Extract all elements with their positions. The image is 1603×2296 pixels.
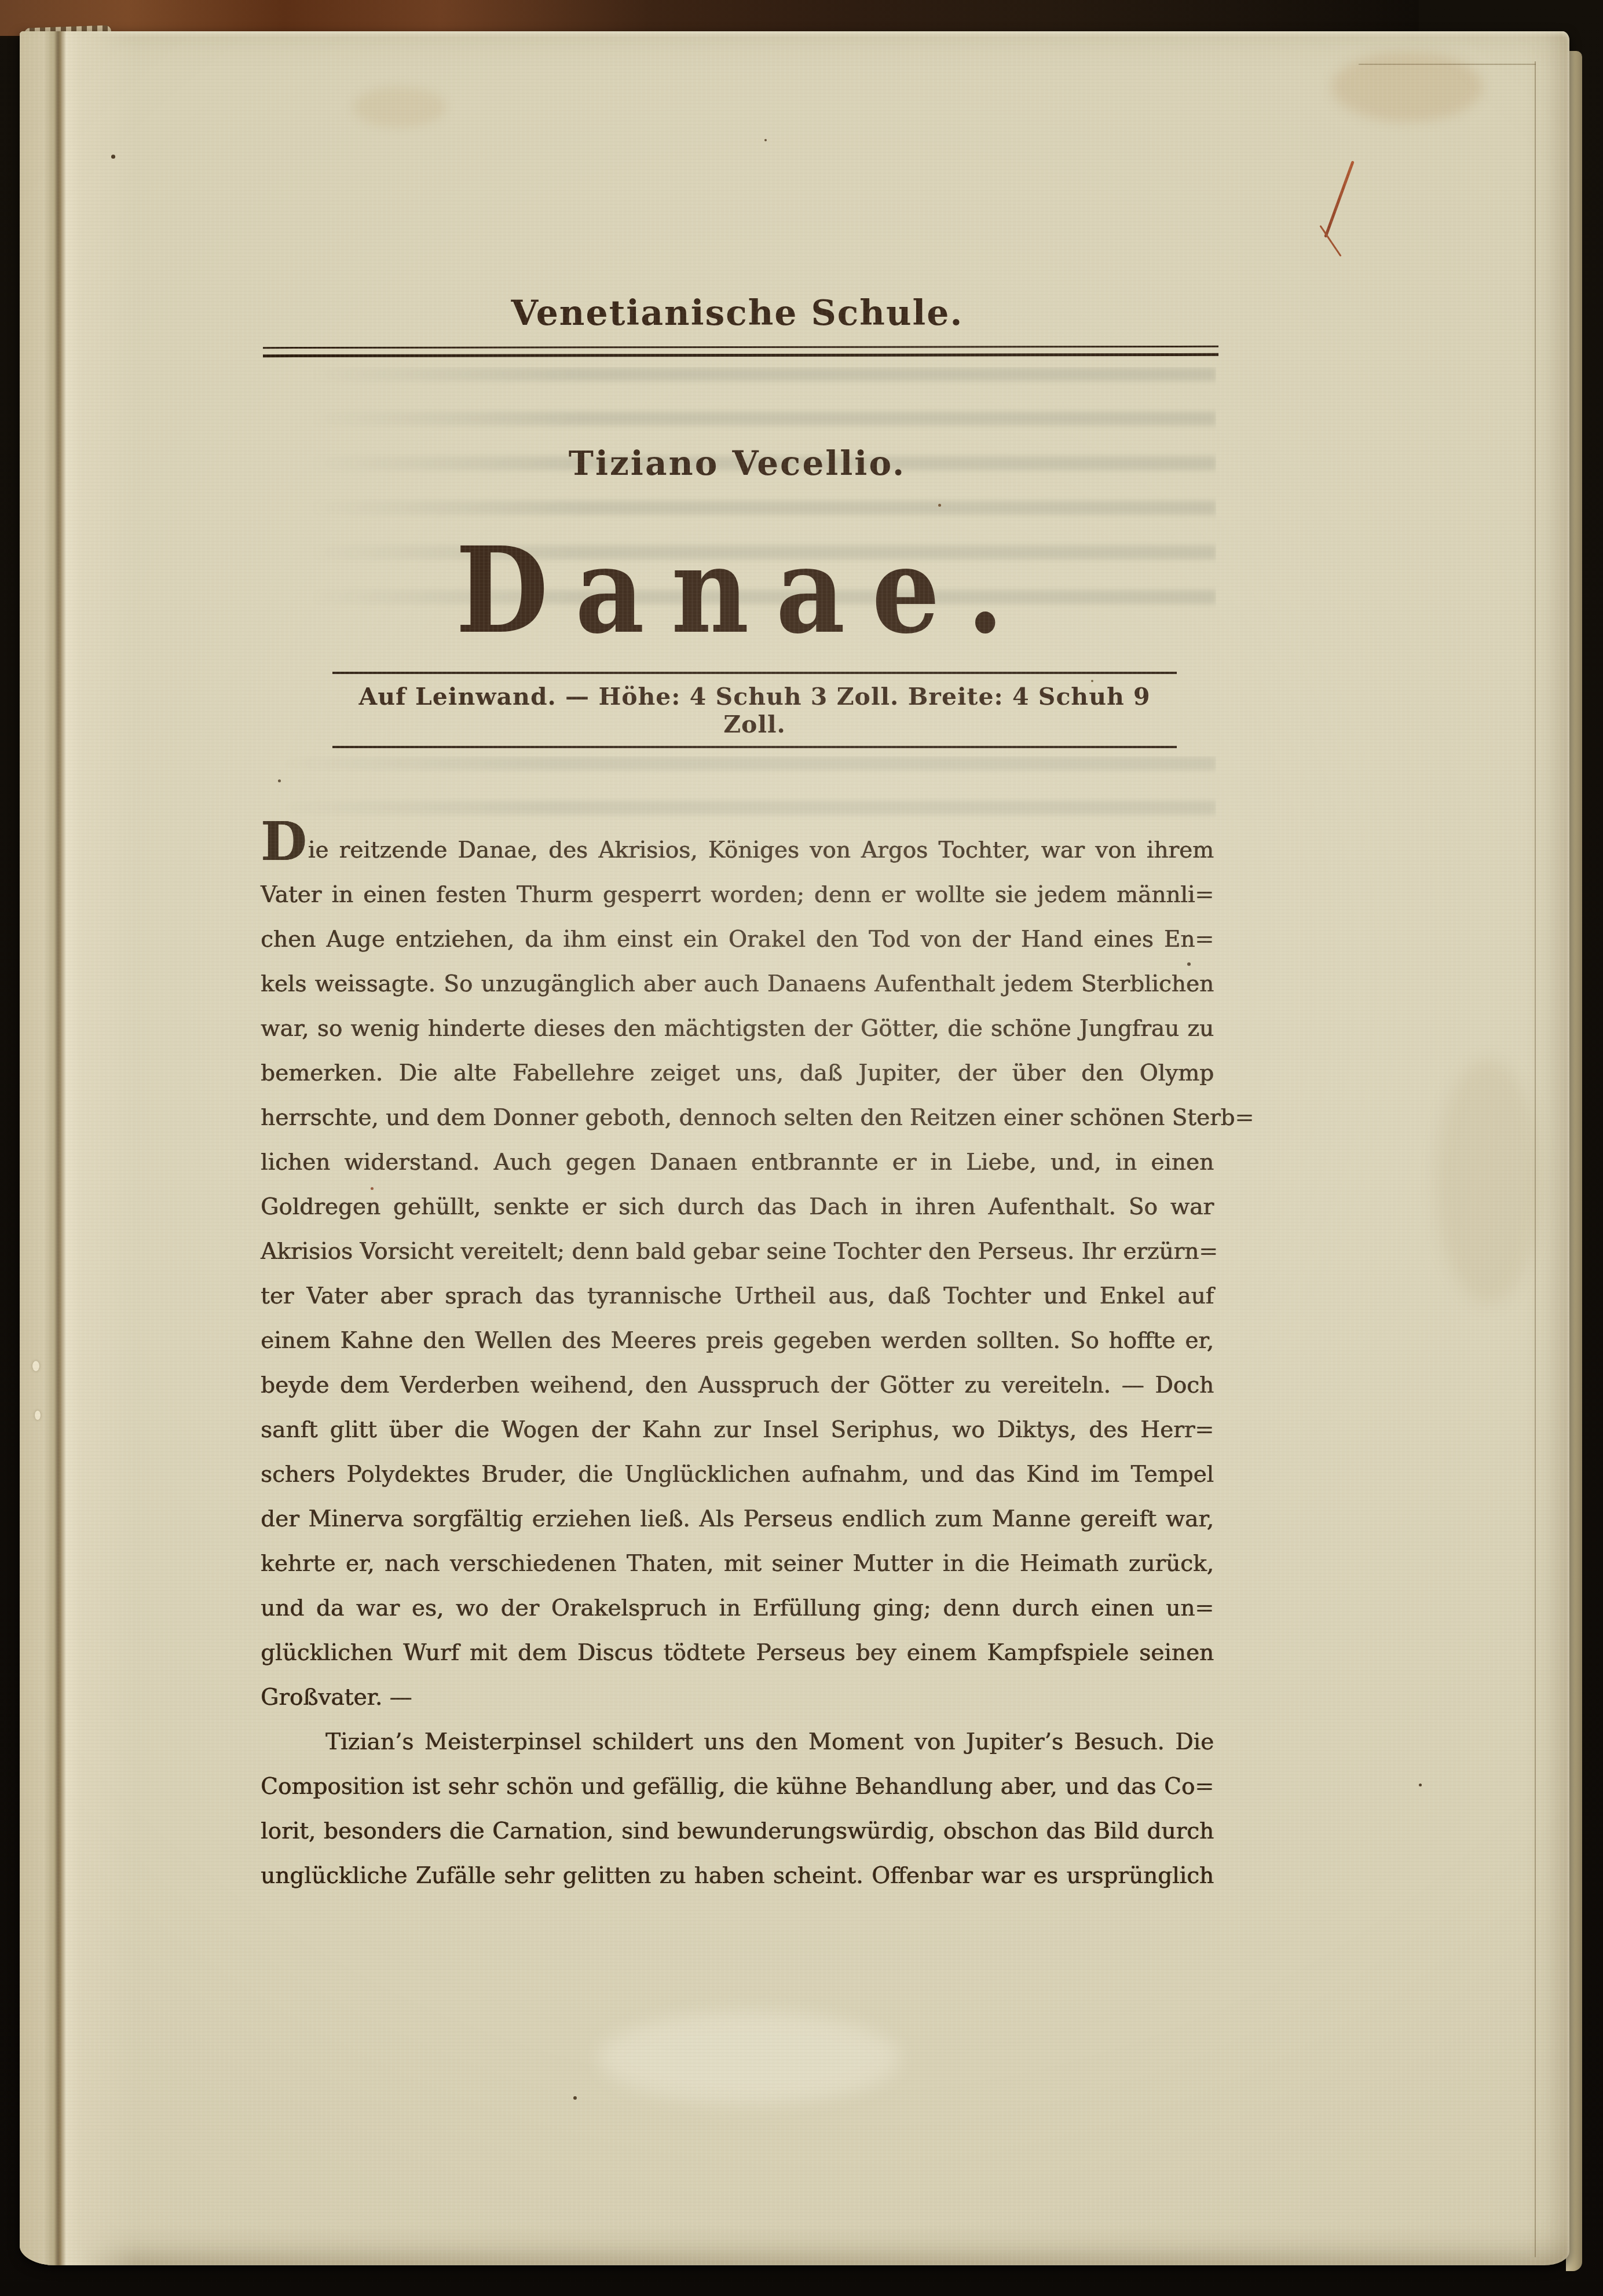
paper-speck — [1187, 962, 1191, 966]
page-crease-line — [1359, 64, 1536, 65]
text-line: Composition ist sehr schön und gefällig,… — [261, 1764, 1214, 1809]
text-line: sanft glitt über die Wogen der Kahn zur … — [261, 1408, 1214, 1452]
text-line: glücklichen Wurf mit dem Discus tödtete … — [261, 1631, 1214, 1675]
painting-title: Danae. — [261, 521, 1214, 660]
text-line: Großvater. — — [261, 1675, 1214, 1720]
text-line: und da war es, wo der Orakelspruch in Er… — [261, 1586, 1214, 1631]
text-line: einem Kahne den Wellen des Meeres preis … — [261, 1319, 1214, 1363]
foxing-stain — [1436, 1060, 1540, 1303]
book-scan-photo: Venetianische Schule. Tiziano Vecellio. … — [0, 0, 1603, 2296]
header-double-rule — [263, 346, 1218, 357]
text-line: Goldregen gehüllt, senkte er sich durch … — [261, 1185, 1214, 1229]
medium-dimension-box: Auf Leinwand. — Höhe: 4 Schuh 3 Zoll. Br… — [332, 672, 1177, 748]
paper-speck — [1419, 1784, 1422, 1786]
binding-thread-hole — [32, 1361, 39, 1371]
body-text: Die reitzende Danae, des Akrisios, König… — [261, 828, 1214, 1898]
red-fiber-mark — [1319, 225, 1341, 257]
paper-speck — [895, 1430, 898, 1433]
text-line: schers Polydektes Bruder, die Unglücklic… — [261, 1452, 1214, 1497]
paper-speck — [938, 504, 941, 507]
text-line: beyde dem Verderben weihend, den Ausspru… — [261, 1363, 1214, 1408]
foxing-stain — [1332, 52, 1483, 122]
artist-name: Tiziano Vecellio. — [261, 444, 1214, 483]
text-line: Akrisios Vorsicht vereitelt; denn bald g… — [261, 1229, 1214, 1274]
paper-speck — [111, 155, 115, 159]
paper-speck — [1091, 680, 1093, 682]
paper-speck — [278, 779, 281, 782]
binding-thread-hole — [35, 1411, 41, 1420]
text-line: Vater in einen festen Thurm gesperrt wor… — [261, 873, 1214, 917]
text-line-content: ie reitzende Danae, des Akrisios, Könige… — [308, 837, 1214, 863]
paper-speck — [371, 1187, 374, 1190]
text-line: war, so wenig hinderte dieses den mächti… — [261, 1006, 1214, 1051]
text-line: kehrte er, nach verschiedenen Thaten, mi… — [261, 1541, 1214, 1586]
gutter-fold — [20, 31, 136, 2265]
text-line: bemerken. Die alte Fabellehre zeiget uns… — [261, 1051, 1214, 1096]
paper-speck — [764, 139, 767, 141]
showthrough-ghost-text — [269, 756, 1216, 826]
book-page: Venetianische Schule. Tiziano Vecellio. … — [20, 31, 1569, 2265]
text-line: der Minerva sorgfältig erziehen ließ. Al… — [261, 1497, 1214, 1541]
text-line: ter Vater aber sprach das tyrannische Ur… — [261, 1274, 1214, 1319]
text-line: chen Auge entziehen, da ihm einst ein Or… — [261, 917, 1214, 962]
text-line: lorit, besonders die Carnation, sind bew… — [261, 1809, 1214, 1854]
pressing-light-patch — [599, 2012, 900, 2104]
text-line: herrschte, und dem Donner geboth, dennoc… — [261, 1096, 1214, 1140]
text-line: kels weissagte. So unzugänglich aber auc… — [261, 962, 1214, 1006]
foxing-stain — [353, 87, 446, 127]
text-line: Die reitzende Danae, des Akrisios, König… — [261, 828, 1214, 873]
page-crease-line — [1535, 61, 1536, 2257]
text-line: unglückliche Zufälle sehr gelitten zu ha… — [261, 1854, 1214, 1898]
school-header: Venetianische Schule. — [261, 293, 1214, 334]
drop-cap-initial: D — [261, 810, 308, 873]
text-line: Tizian’s Meisterpinsel schildert uns den… — [261, 1720, 1214, 1764]
text-line: lichen widerstand. Auch gegen Danaen ent… — [261, 1140, 1214, 1185]
paper-speck — [573, 2096, 577, 2100]
red-fiber-mark — [1324, 160, 1355, 237]
medium-dimension-line: Auf Leinwand. — Höhe: 4 Schuh 3 Zoll. Br… — [358, 683, 1150, 738]
